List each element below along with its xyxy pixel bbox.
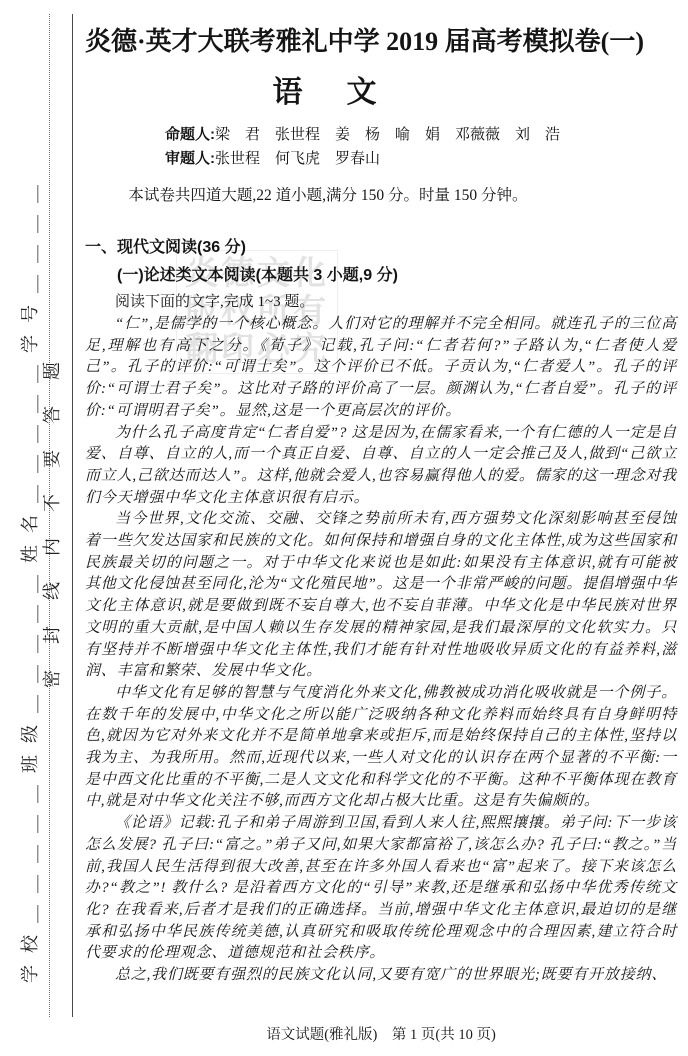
passage-paragraph: “仁”,是儒学的一个核心概念。人们对它的理解并不完全相同。就连孔子的三位高足,理… [85, 314, 677, 423]
reviewers-row: 审题人:张世程 何飞虎 罗春山 [85, 147, 571, 171]
passage-paragraph: 当今世界,文化交流、交融、交锋之势前所未有,西方强势文化深刻影响甚至侵蚀着一些欠… [85, 509, 677, 683]
reviewers-label: 审题人: [165, 150, 215, 167]
exam-header: 炎德·英才大联考雅礼中学 2019 届高考模拟卷(一) 语 文 命题人:梁 君 … [85, 21, 571, 205]
section-one-heading: 一、现代文阅读(36 分) [85, 234, 677, 257]
reviewers-names: 张世程 何飞虎 罗春山 [215, 151, 380, 167]
page-footer: 语文试题(雅礼版) 第 1 页(共 10 页) [85, 1023, 677, 1044]
passage-paragraph: 为什么孔子高度肯定“仁者自爱”? 这是因为,在儒家看来,一个有仁德的人一定是自爱… [85, 423, 677, 510]
seal-solid-line [72, 14, 73, 1017]
passage-paragraph: 中华文化有足够的智慧与气度消化外来文化,佛教被成功消化吸收就是一个例子。在数千年… [85, 683, 677, 813]
exam-page: 炎德·英才大联考雅礼中学 2019 届高考模拟卷(一) 语 文 命题人:梁 君 … [85, 0, 677, 987]
setters-names: 梁 君 张世程 姜 杨 喻 娟 邓薇薇 刘 浩 [215, 127, 560, 143]
section-one-subheading: (一)论述类文本阅读(本题共 3 小题,9 分) [85, 262, 677, 285]
exam-note: 本试卷共四道大题,22 道小题,满分 150 分。时量 150 分钟。 [85, 183, 571, 205]
reading-passage: “仁”,是儒学的一个核心概念。人们对它的理解并不完全相同。就连孔子的三位高足,理… [85, 314, 677, 987]
setters-label: 命题人: [165, 126, 215, 143]
seal-warning-text: 密封线内不要答题 [38, 336, 64, 688]
exam-credits: 命题人:梁 君 张世程 姜 杨 喻 娟 邓薇薇 刘 浩 审题人:张世程 何飞虎 … [85, 123, 571, 171]
setters-row: 命题人:梁 君 张世程 姜 杨 喻 娟 邓薇薇 刘 浩 [85, 123, 571, 147]
exam-series-title: 炎德·英才大联考雅礼中学 2019 届高考模拟卷(一) [85, 21, 571, 58]
reading-instruction: 阅读下面的文字,完成 1~3 题。 [85, 290, 677, 311]
passage-paragraph: 总之,我们既要有强烈的民族文化认同,又要有宽广的世界眼光;既要有开放接纳、 [85, 965, 677, 987]
subject-title: 语 文 [85, 67, 571, 111]
passage-paragraph: 《论语》记载:孔子和弟子周游到卫国,看到人来人往,熙熙攘攘。弟子问:下一步该怎么… [85, 813, 677, 965]
